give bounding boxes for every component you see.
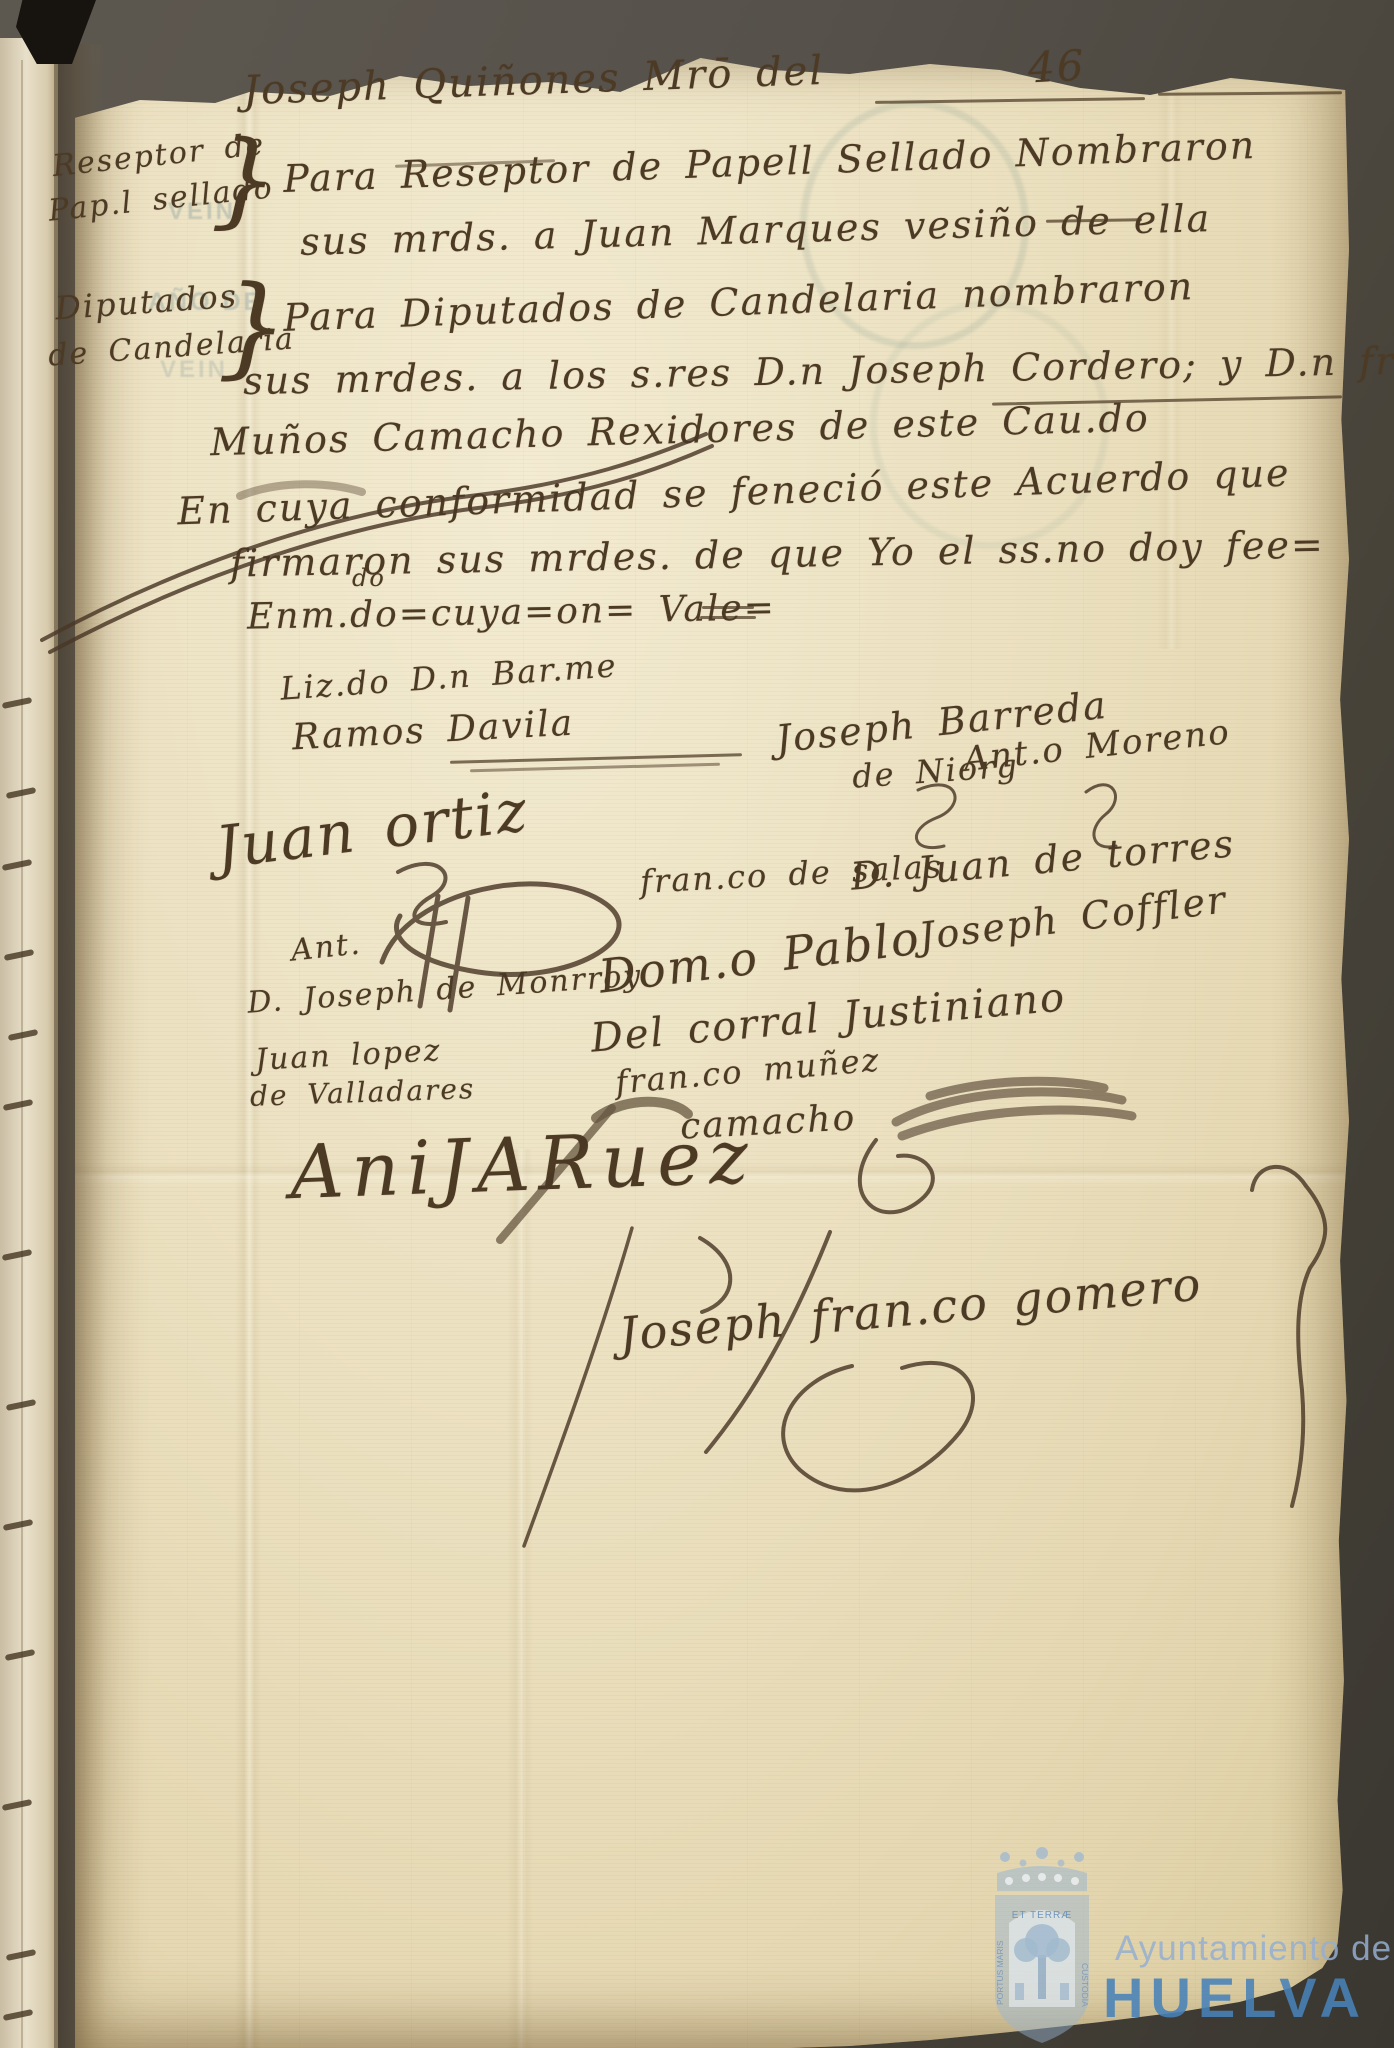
margin-brace: } xyxy=(210,117,282,241)
signature: Ant. xyxy=(289,926,363,968)
huelva-coat-of-arms: ET TERRÆ PORTUS MARIS CUSTODIA xyxy=(985,1845,1103,2048)
motto-top: ET TERRÆ xyxy=(1012,1910,1072,1921)
signature-large-scrawl: AniJARuez xyxy=(289,1114,758,1216)
watermark-org-name: HUELVA xyxy=(1103,1965,1367,2030)
ink-rule xyxy=(700,616,756,619)
huelva-watermark: ET TERRÆ PORTUS MARIS CUSTODIA Ayuntamie… xyxy=(985,1845,1394,2048)
archival-photo: { "page_number": "46", "header": { "cler… xyxy=(0,0,1394,2048)
motto-right: CUSTODIA xyxy=(1080,1963,1090,2007)
fold-crease xyxy=(507,1149,533,2048)
interlinear-note: do xyxy=(352,564,386,592)
stub-edge xyxy=(21,60,23,2048)
watermark-org-text: Ayuntamiento de xyxy=(1115,1929,1392,1969)
page-number: 46 xyxy=(1027,41,1087,93)
motto-left: PORTUS MARIS xyxy=(995,1940,1005,2005)
ink-rule xyxy=(702,606,754,609)
